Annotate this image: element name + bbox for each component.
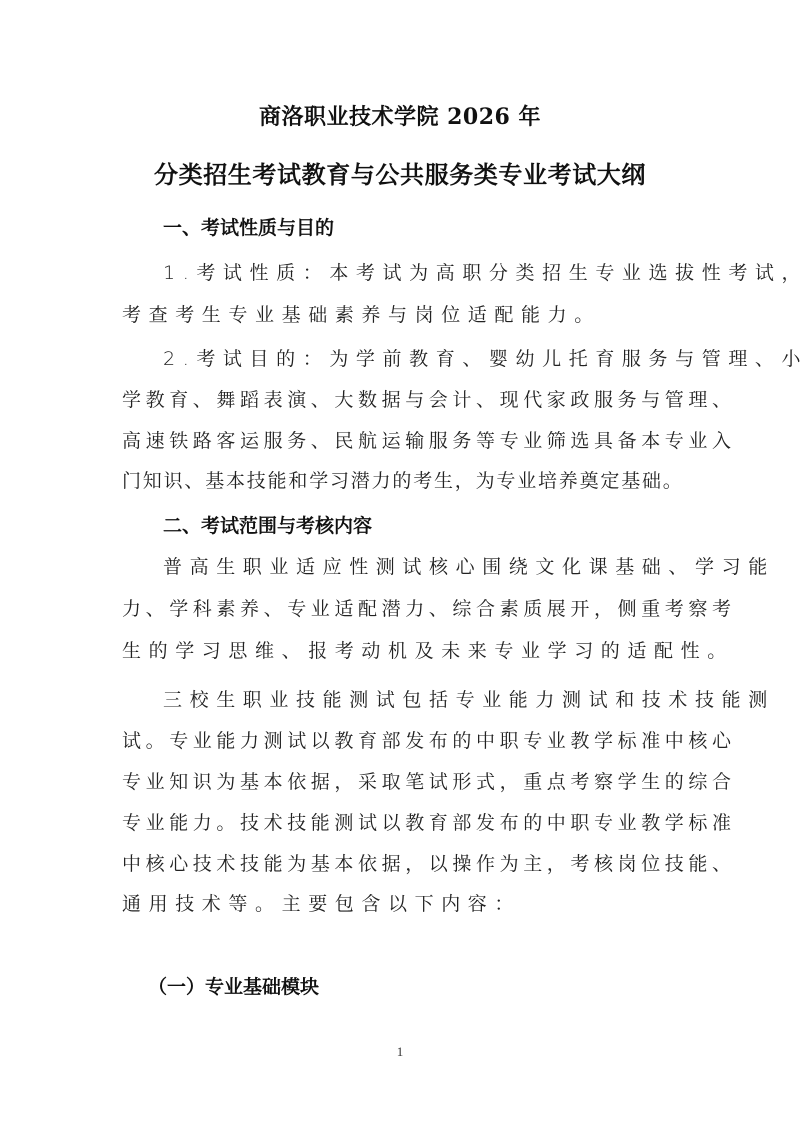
paragraph-line: 高速铁路客运服务、民航运输服务等专业筛选具备本专业入 [122, 426, 682, 453]
subsection-heading: （一）专业基础模块 [148, 972, 319, 999]
paragraph-line: 2.考试目的：为学前教育、婴幼儿托育服务与管理、小 [163, 344, 683, 371]
document-page: 商洛职业技术学院 2026 年 分类招生考试教育与公共服务类专业考试大纲 一、考… [0, 0, 800, 1131]
section-heading-2: 二、考试范围与考核内容 [163, 511, 372, 538]
paragraph-line: 考查考生专业基础素养与岗位适配能力。 [122, 300, 682, 327]
paragraph-line: 专业能力。技术技能测试以教育部发布的中职专业教学标准 [122, 808, 682, 835]
paragraph-line: 三校生职业技能测试包括专业能力测试和技术技能测 [163, 685, 683, 712]
document-title-line1: 商洛职业技术学院 2026 年 [0, 100, 800, 131]
paragraph-line: 生的学习思维、报考动机及未来专业学习的适配性。 [122, 636, 682, 663]
document-title-line2: 分类招生考试教育与公共服务类专业考试大纲 [0, 155, 800, 190]
section-heading-1: 一、考试性质与目的 [163, 213, 334, 240]
paragraph-line: 专业知识为基本依据，采取笔试形式，重点考察学生的综合 [122, 767, 682, 794]
paragraph-line: 学教育、舞蹈表演、大数据与会计、现代家政服务与管理、 [122, 385, 682, 412]
paragraph-line: 1.考试性质：本考试为高职分类招生专业选拔性考试， [163, 258, 683, 285]
paragraph-line: 通用技术等。主要包含以下内容： [122, 889, 682, 916]
paragraph-line: 中核心技术技能为基本依据，以操作为主，考核岗位技能、 [122, 849, 682, 876]
paragraph-line: 力、学科素养、专业适配潜力、综合素质展开，侧重考察考 [122, 594, 682, 621]
page-number: 1 [0, 1044, 800, 1060]
paragraph-line: 普高生职业适应性测试核心围绕文化课基础、学习能 [163, 552, 683, 579]
paragraph-line: 门知识、基本技能和学习潜力的考生，为专业培养奠定基础。 [122, 466, 682, 493]
paragraph-line: 试。专业能力测试以教育部发布的中职专业教学标准中核心 [122, 726, 682, 753]
